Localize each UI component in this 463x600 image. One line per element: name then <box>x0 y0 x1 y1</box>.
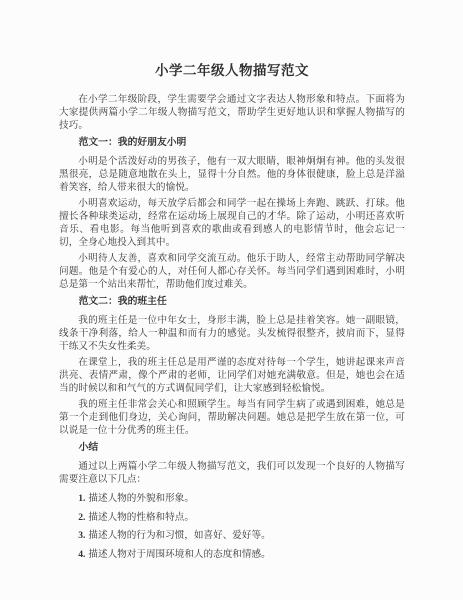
list-item-number: 4. <box>78 549 85 560</box>
section-heading-sample2: 范文二：我的班主任 <box>59 295 405 308</box>
list-item: 3.描述人物的行为和习惯，如喜好、爱好等。 <box>59 529 405 542</box>
sample1-paragraph-1: 小明是个活泼好动的男孩子，他有一双大眼睛，眼神炯炯有神。他的头发很黑很亮，总是随… <box>59 155 405 194</box>
list-item-number: 3. <box>78 530 85 541</box>
section-heading-sample1: 范文一：我的好朋友小明 <box>59 136 405 149</box>
sample2-paragraph-2: 在课堂上，我的班主任总是用严谨的态度对待每一个学生，她讲起课来声音洪亮、表情严肃… <box>59 356 405 395</box>
list-item-text: 描述人物对于周围环境和人的态度和情感。 <box>88 549 270 560</box>
section-heading-summary: 小结 <box>59 441 405 454</box>
list-item: 2.描述人物的性格和特点。 <box>59 511 405 524</box>
sample1-paragraph-3: 小明待人友善，喜欢和同学交流互动。他乐于助人，经常主动帮助同学解决问题。他是个有… <box>59 252 405 291</box>
sample2-paragraph-1: 我的班主任是一位中年女士，身形丰满，脸上总是挂着笑容。她一副眼镜，线条干净利落，… <box>59 314 405 353</box>
list-item-number: 2. <box>78 512 85 523</box>
summary-list: 1.描述人物的外貌和形象。 2.描述人物的性格和特点。 3.描述人物的行为和习惯… <box>59 492 405 561</box>
document-title: 小学二年级人物描写范文 <box>59 63 405 79</box>
list-item-text: 描述人物的行为和习惯，如喜好、爱好等。 <box>88 530 270 541</box>
list-item: 1.描述人物的外貌和形象。 <box>59 492 405 505</box>
document-page: 小学二年级人物描写范文 在小学二年级阶段，学生需要学会通过文字表达人物形象和特点… <box>0 0 463 600</box>
summary-paragraph: 通过以上两篇小学二年级人物描写范文，我们可以发现一个良好的人物描写需要注意以下几… <box>59 460 405 486</box>
intro-paragraph: 在小学二年级阶段，学生需要学会通过文字表达人物形象和特点。下面将为大家提供两篇小… <box>59 93 405 132</box>
sample1-paragraph-2: 小明喜欢运动，每天放学后都会和同学一起在操场上奔跑、跳跃、打球。他擅长各种球类运… <box>59 197 405 249</box>
list-item-text: 描述人物的外貌和形象。 <box>88 493 194 504</box>
list-item-text: 描述人物的性格和特点。 <box>88 512 194 523</box>
list-item-number: 1. <box>78 493 85 504</box>
list-item: 4.描述人物对于周围环境和人的态度和情感。 <box>59 548 405 561</box>
sample2-paragraph-3: 我的班主任非常会关心和照顾学生。每当有同学生病了或遇到困难，她总是第一个走到他们… <box>59 398 405 437</box>
